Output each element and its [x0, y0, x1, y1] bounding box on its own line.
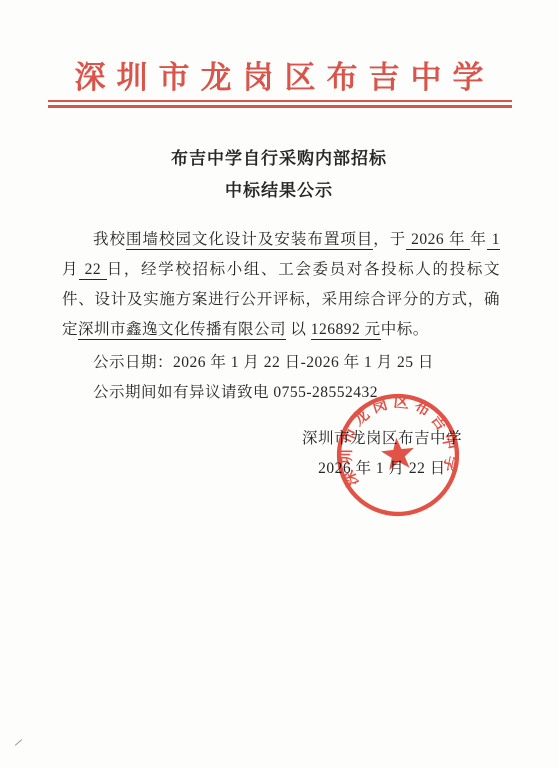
signature-block: 深圳市龙岗区布吉中学 2026 年 1 月 22 日 — [302, 424, 462, 484]
text-segment: 年 — [470, 231, 487, 248]
filled-blank-text: 围墙校园文化设计及安装布置项目 — [126, 231, 373, 250]
signature-date: 2026 年 1 月 22 日 — [302, 454, 462, 484]
filled-blank-text: 22 — [79, 261, 107, 280]
letterhead-school-name: 深圳市龙岗区布吉中学 — [0, 52, 558, 97]
objection-contact-line: 公示期间如有异议请致电 0755-28552432 — [62, 378, 500, 408]
text-segment: 我校 — [93, 231, 126, 248]
document-title-line2: 中标结果公示 — [0, 176, 558, 201]
announcement-paragraph: 我校围墙校园文化设计及安装布置项目，于 2026 年 年 1 月 22 日，经学… — [62, 225, 500, 345]
scan-artifact-speck — [15, 739, 23, 746]
filled-blank-text: 126892 元 — [311, 321, 381, 340]
document-page: 深圳市龙岗区布吉中学 布吉中学自行采购内部招标 中标结果公示 我校围墙校园文化设… — [0, 0, 558, 768]
filled-blank-text: 2026 年 — [406, 231, 470, 250]
text-segment: 月 — [62, 261, 79, 278]
document-body: 我校围墙校园文化设计及安装布置项目，于 2026 年 年 1 月 22 日，经学… — [62, 225, 500, 408]
filled-blank-text: 1 — [487, 231, 500, 250]
document-title-line1: 布吉中学自行采购内部招标 — [0, 144, 558, 169]
text-segment: 以 — [286, 321, 311, 338]
letterhead-rule — [48, 100, 512, 108]
text-segment: ，于 — [373, 231, 406, 248]
filled-blank-text: 深圳市鑫逸文化传播有限公司 — [78, 321, 286, 340]
publicity-date-line: 公示日期：2026 年 1 月 22 日-2026 年 1 月 25 日 — [62, 348, 500, 378]
text-segment: 中标。 — [381, 321, 429, 338]
signature-org: 深圳市龙岗区布吉中学 — [302, 424, 462, 454]
